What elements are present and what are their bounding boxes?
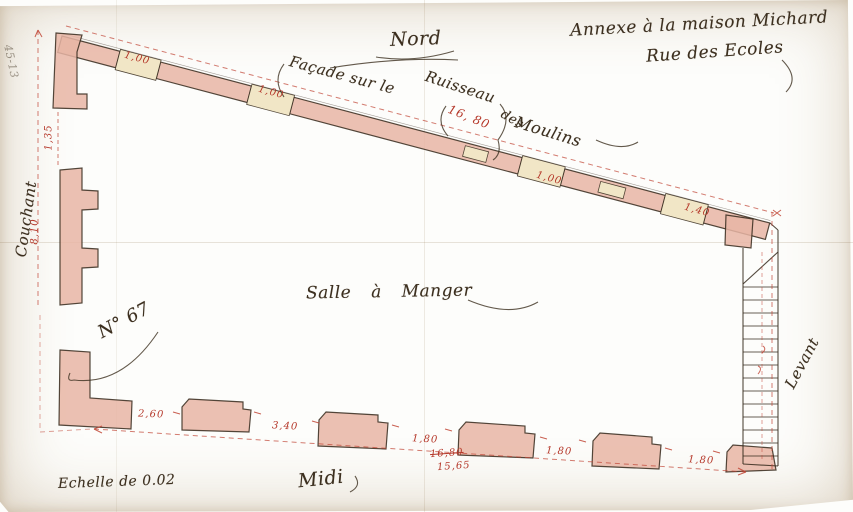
moulins-tail (596, 140, 638, 147)
pier-gap-dim: 1,80 (688, 454, 715, 466)
nord-underline (376, 51, 454, 59)
dimension-lines (35, 26, 781, 475)
pier (726, 445, 776, 472)
stair-dim-marks (758, 346, 765, 374)
midi-tail (350, 476, 358, 492)
manger-tail (468, 300, 538, 310)
southwest-corner-wall (59, 350, 132, 429)
pier (458, 422, 535, 458)
pier (182, 399, 251, 432)
scanned-floor-plan: Nord Annexe à la maison Michard Rue des … (0, 0, 853, 512)
west-wall (53, 33, 753, 429)
total-length-corrected-dim: 15,65 (437, 460, 471, 473)
room-label: Salle à Manger (306, 281, 473, 304)
hand-flourishes (69, 51, 792, 492)
total-length-struck-dim: 16,80 (430, 447, 464, 460)
west-gap-dim: 1,35 (44, 124, 55, 150)
staircase (743, 223, 778, 466)
northeast-corner-wall (725, 215, 753, 248)
west-height-dim: 8,10 (30, 218, 41, 244)
south-piers (182, 399, 776, 472)
stair-treads (743, 287, 778, 456)
pier (318, 412, 388, 449)
north-label: Nord (390, 27, 442, 51)
pier-gap-dim: 2,60 (138, 409, 165, 421)
ecoles-flourish (782, 60, 792, 92)
pier-gap-dim: 3,40 (272, 420, 299, 432)
west-wall-pier (60, 168, 98, 305)
pier-gap-dim: 1,80 (412, 433, 439, 445)
pier (592, 433, 661, 469)
pier-gap-dim: 1,80 (546, 445, 573, 457)
